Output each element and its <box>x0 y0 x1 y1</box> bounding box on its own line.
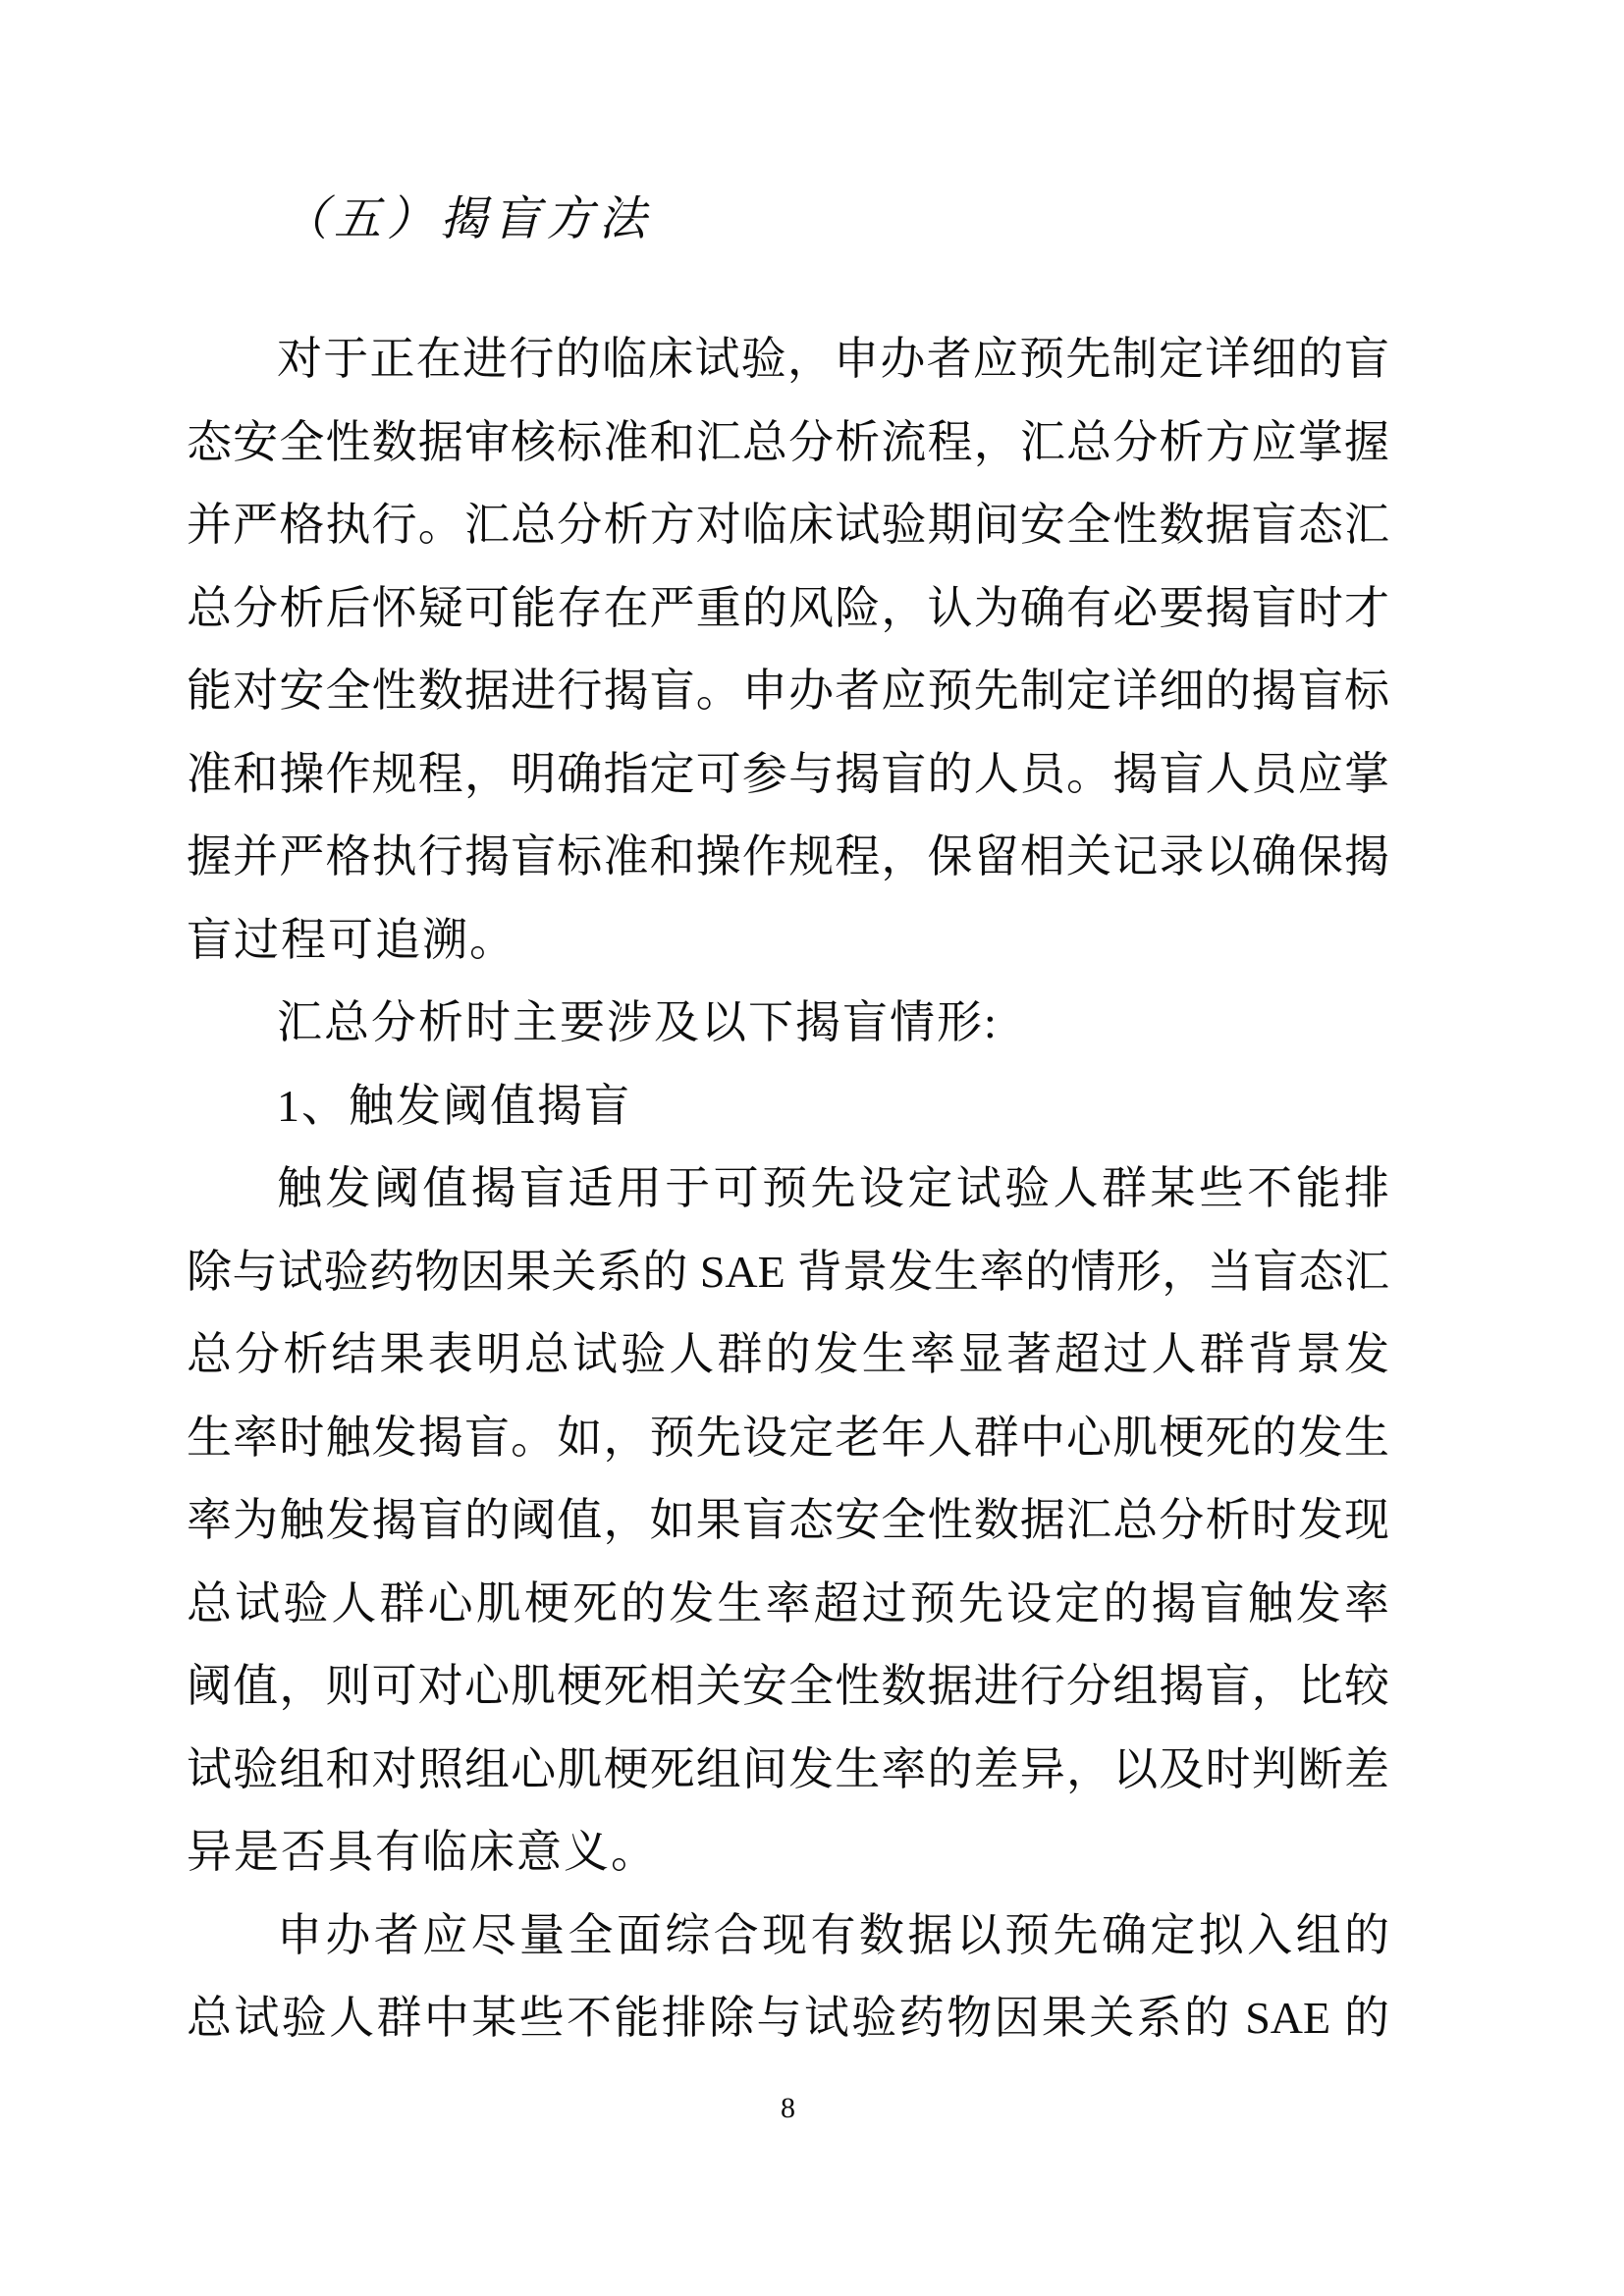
section-heading: （五）揭盲方法 <box>187 179 1389 261</box>
text-line: 总分析结果表明总试验人群的发生率显著超过人群背景发 <box>187 1313 1389 1397</box>
text-line: 能对安全性数据进行揭盲。申办者应预先制定详细的揭盲标 <box>187 650 1389 733</box>
page-footer: 8 <box>187 2089 1389 2128</box>
text-line: 除与试验药物因果关系的 SAE 背景发生率的情形，当盲态汇 <box>187 1231 1389 1314</box>
text-line: 阈值，则可对心肌梗死相关安全性数据进行分组揭盲，比较 <box>187 1645 1389 1729</box>
text-line: 态安全性数据审核标准和汇总分析流程，汇总分析方应掌握 <box>187 401 1389 485</box>
text-line: 生率时触发揭盲。如，预先设定老年人群中心肌梗死的发生 <box>187 1397 1389 1480</box>
text-line: 试验组和对照组心肌梗死组间发生率的差异，以及时判断差 <box>187 1729 1389 1812</box>
text-line: 率为触发揭盲的阈值，如果盲态安全性数据汇总分析时发现 <box>187 1479 1389 1563</box>
text-line: 总分析后怀疑可能存在严重的风险，认为确有必要揭盲时才 <box>187 567 1389 651</box>
text-line: 总试验人群心肌梗死的发生率超过预先设定的揭盲触发率 <box>187 1563 1389 1646</box>
text-line: 触发阈值揭盲适用于可预先设定试验人群某些不能排 <box>187 1148 1389 1231</box>
page-number: 8 <box>781 2092 795 2124</box>
document-page: （五）揭盲方法 对于正在进行的临床试验，申办者应预先制定详细的盲态安全性数据审核… <box>0 0 1624 2296</box>
text-line: 异是否具有临床意义。 <box>187 1811 1389 1895</box>
text-line: 申办者应尽量全面综合现有数据以预先确定拟入组的 <box>187 1895 1389 1978</box>
text-line: 并严格执行。汇总分析方对临床试验期间安全性数据盲态汇 <box>187 484 1389 567</box>
text-line: 总试验人群中某些不能排除与试验药物因果关系的 SAE 的 <box>187 1977 1389 2060</box>
body-text: 对于正在进行的临床试验，申办者应预先制定详细的盲态安全性数据审核标准和汇总分析流… <box>187 318 1389 2060</box>
text-line: 对于正在进行的临床试验，申办者应预先制定详细的盲 <box>187 318 1389 401</box>
text-line: 握并严格执行揭盲标准和操作规程，保留相关记录以确保揭 <box>187 816 1389 899</box>
text-line: 准和操作规程，明确指定可参与揭盲的人员。揭盲人员应掌 <box>187 733 1389 817</box>
text-line: 1、触发阈值揭盲 <box>187 1065 1389 1148</box>
text-line: 汇总分析时主要涉及以下揭盲情形: <box>187 982 1389 1065</box>
text-line: 盲过程可追溯。 <box>187 899 1389 983</box>
